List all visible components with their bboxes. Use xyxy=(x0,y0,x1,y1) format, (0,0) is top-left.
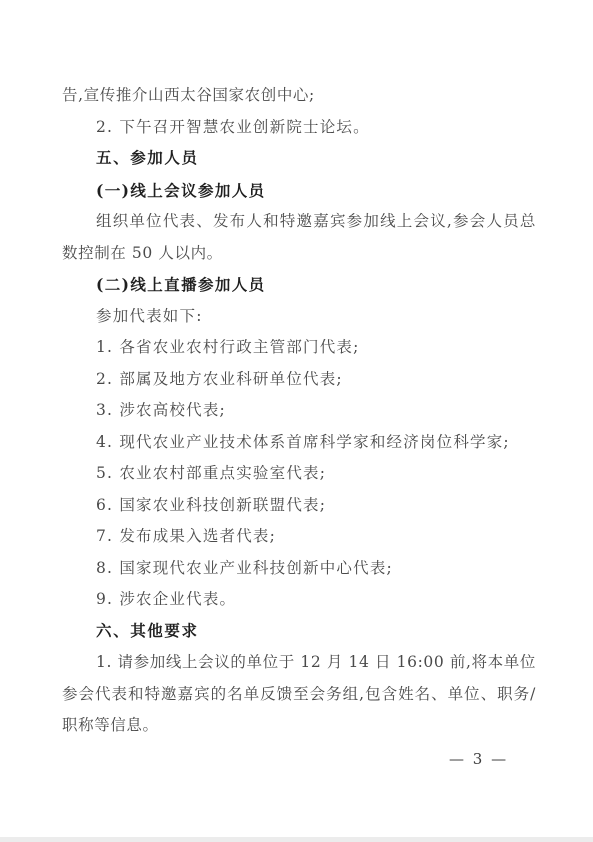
subsection-heading-live-stream: (二)线上直播参加人员 xyxy=(62,269,536,301)
paragraph-feedback-requirement: 1. 请参加线上会议的单位于 12 月 14 日 16:00 前,将本单位参会代… xyxy=(62,647,536,742)
list-item-3: 3. 涉农高校代表; xyxy=(62,395,536,427)
section-heading-five-participants: 五、参加人员 xyxy=(62,143,536,175)
section-heading-six-other-requirements: 六、其他要求 xyxy=(62,616,536,648)
list-item-7: 7. 发布成果入选者代表; xyxy=(62,521,536,553)
list-item-2: 2. 部属及地方农业科研单位代表; xyxy=(62,364,536,396)
page-number: — 3 — xyxy=(449,750,508,768)
list-item-9: 9. 涉农企业代表。 xyxy=(62,584,536,616)
list-item-5: 5. 农业农村部重点实验室代表; xyxy=(62,458,536,490)
document-page: 告,宣传推介山西太谷国家农创中心; 2. 下午召开智慧农业创新院士论坛。 五、参… xyxy=(0,0,593,842)
doc-line-continuation: 告,宣传推介山西太谷国家农创中心; xyxy=(62,80,536,112)
paragraph-online-meeting-participants: 组织单位代表、发布人和特邀嘉宾参加线上会议,参会人员总数控制在 50 人以内。 xyxy=(62,206,536,269)
list-item-6: 6. 国家农业科技创新联盟代表; xyxy=(62,490,536,522)
list-item-4: 4. 现代农业产业技术体系首席科学家和经济岗位科学家; xyxy=(62,427,536,459)
list-item-1: 1. 各省农业农村行政主管部门代表; xyxy=(62,332,536,364)
document-body: 告,宣传推介山西太谷国家农创中心; 2. 下午召开智慧农业创新院士论坛。 五、参… xyxy=(62,80,536,742)
doc-line-reps-intro: 参加代表如下: xyxy=(62,301,536,333)
list-item-8: 8. 国家现代农业产业科技创新中心代表; xyxy=(62,553,536,585)
subsection-heading-online-meeting: (一)线上会议参加人员 xyxy=(62,175,536,207)
scan-bottom-edge xyxy=(0,837,593,842)
doc-line-afternoon-forum: 2. 下午召开智慧农业创新院士论坛。 xyxy=(62,112,536,144)
